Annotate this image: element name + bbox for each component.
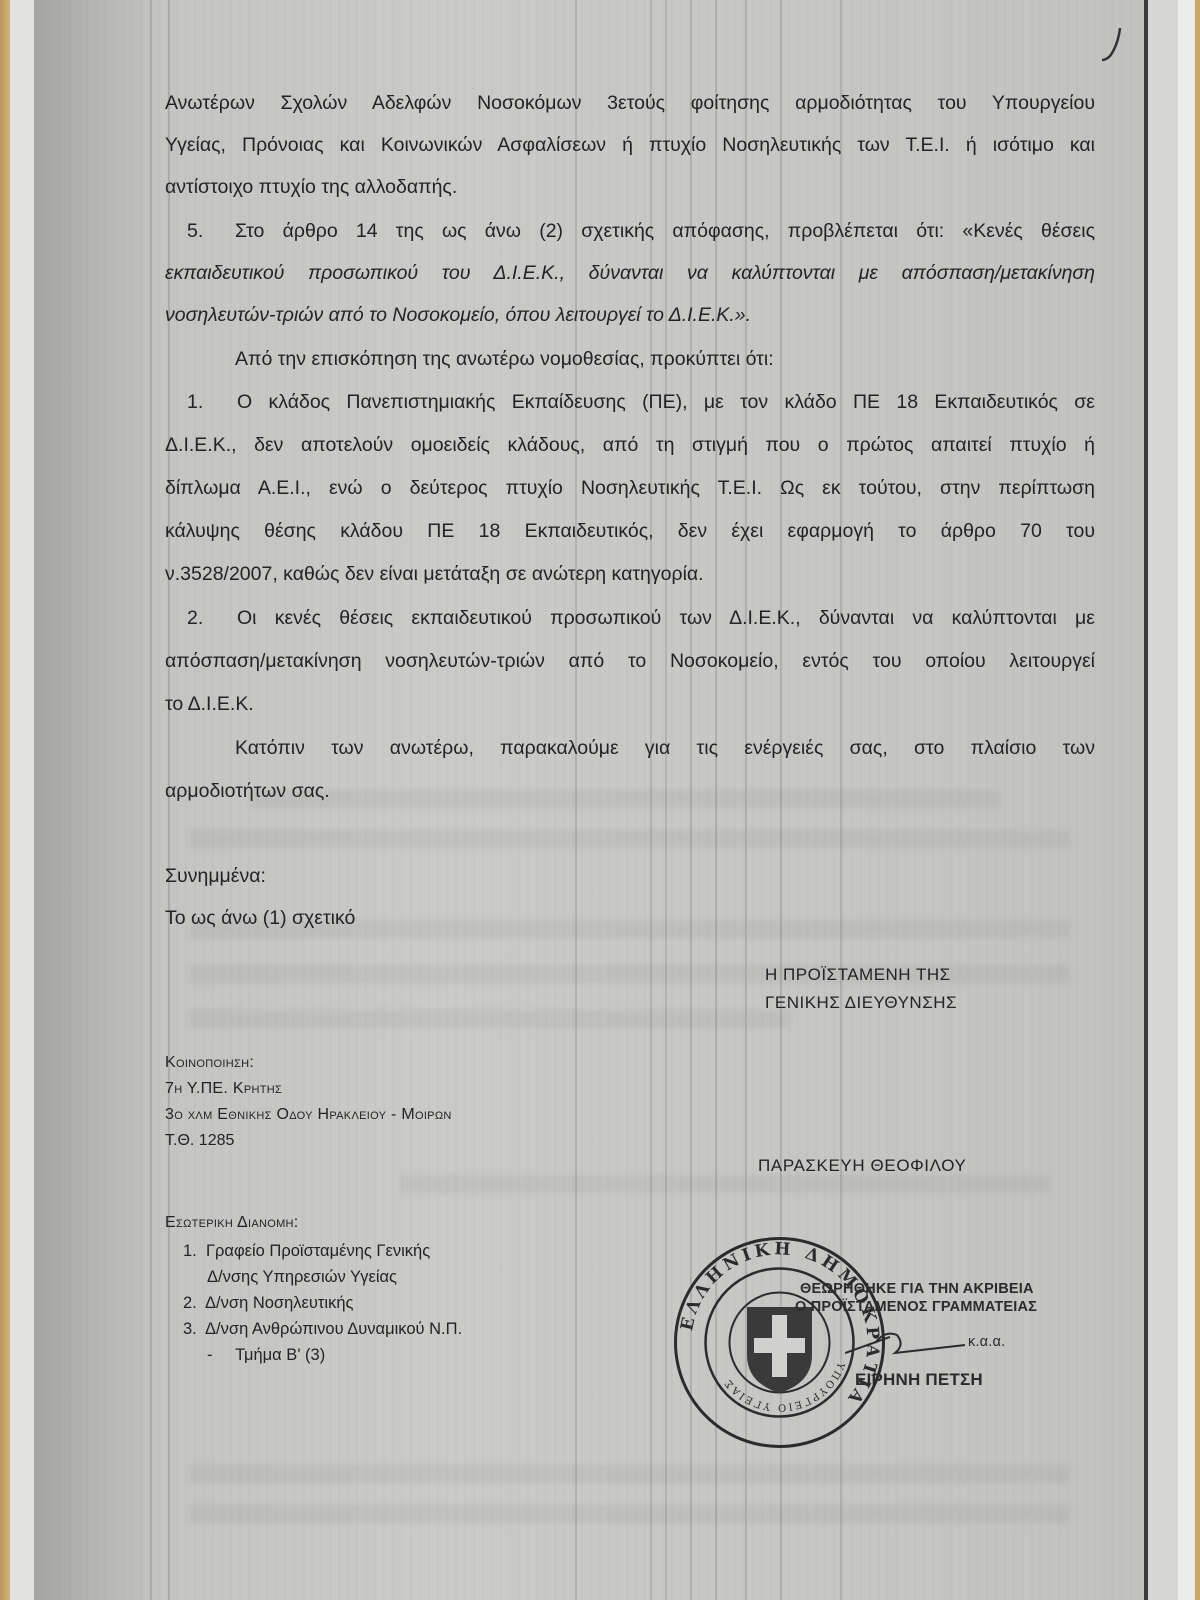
text-line: ν.3528/2007, καθώς δεν είναι μετάταξη σε… [165, 553, 704, 595]
item-text: Στο άρθρο 14 της ως άνω (2) σχετικής από… [235, 220, 1095, 242]
item-text: Ο κλάδος Πανεπιστημιακής Εκπαίδευσης (ΠΕ… [237, 391, 1095, 413]
notification-line: 3ο χλμ Εθνικησ Οδου Ηρακλειου - Μοιρων [165, 1102, 452, 1128]
bleed-through [190, 1010, 790, 1028]
bleed-through [190, 1505, 1070, 1523]
right-margin [1148, 0, 1178, 1600]
bleed-through [190, 830, 1070, 848]
text-line: νοσηλευτών-τριών από το Νοσοκομείο, όπου… [165, 294, 751, 336]
distribution-label: Εσωτερικη Διανομη: [165, 1210, 299, 1236]
text-line: Ανωτέρων Σχολών Αδελφών Νοσοκόμων 3ετούς… [165, 82, 1095, 124]
text-line: Δ.Ι.Ε.Κ., δεν αποτελούν ομοειδείς κλάδου… [165, 424, 1095, 466]
item-5: 5.Στο άρθρο 14 της ως άνω (2) σχετικής α… [165, 210, 1095, 252]
text-line: κάλυψης θέσης κλάδου ΠΕ 18 Εκπαιδευτικός… [165, 510, 1095, 552]
distribution-item: 3. Δ/νση Ανθρώπινου Δυναμικού Ν.Π. [183, 1316, 462, 1342]
distribution-item: 2. Δ/νση Νοσηλευτικής [183, 1290, 353, 1316]
signatory-title: Η ΠΡΟΪΣΤΑΜΕΝΗ ΤΗΣ [765, 962, 951, 988]
closing-line: αρμοδιοτήτων σας. [165, 770, 330, 812]
handwritten-signature [845, 1325, 985, 1365]
attachments-label: Συνημμένα: [165, 855, 266, 897]
signatory-name: ΠΑΡΑΣΚΕΥΗ ΘΕΟΦΙΛΟΥ [758, 1153, 966, 1179]
item-number: 5. [165, 210, 235, 252]
bullet: - [207, 1346, 213, 1364]
attachment-item: Το ως άνω (1) σχετικό [165, 897, 355, 939]
item-number: 2. [165, 597, 237, 639]
text-line: το Δ.Ι.Ε.Κ. [165, 683, 254, 725]
review-intro: Από την επισκόπηση της ανωτέρω νομοθεσία… [235, 338, 774, 380]
distribution-item: 1. Γραφείο Προϊσταμένης Γενικής [183, 1238, 430, 1264]
item-number: 3. [183, 1320, 197, 1338]
signatory-title: ΓΕΝΙΚΗΣ ΔΙΕΥΘΥΝΣΗΣ [765, 990, 957, 1016]
text-line: Υγείας, Πρόνοιας και Κοινωνικών Ασφαλίσε… [165, 124, 1095, 166]
item-text: Δ/νση Νοσηλευτικής [205, 1294, 353, 1312]
certifier-name: ΕΙΡΗΝΗ ΠΕΤΣΗ [855, 1370, 983, 1390]
text-line: αντίστοιχο πτυχίο της αλλοδαπής. [165, 166, 457, 208]
subitem-text: Τμήμα Β' (3) [235, 1346, 325, 1364]
notification-line: 7η Υ.ΠΕ. Κρητησ [165, 1076, 282, 1102]
copier-shadow-band [34, 0, 154, 1600]
text-line: Δ/νσης Υπηρεσιών Υγείας [207, 1264, 397, 1290]
item-number: 2. [183, 1294, 197, 1312]
copier-streak [150, 0, 152, 1600]
item-text: Οι κενές θέσεις εκπαιδευτικού προσωπικού… [237, 607, 1095, 629]
item-text: Δ/νση Ανθρώπινου Δυναμικού Ν.Π. [205, 1320, 462, 1338]
text-line: απόσπαση/μετακίνηση νοσηλευτών-τριών από… [165, 640, 1095, 682]
bleed-through [250, 790, 1000, 808]
bleed-through [190, 1465, 1070, 1483]
distribution-subitem: - Τμήμα Β' (3) [207, 1342, 325, 1368]
pen-mark [1090, 10, 1130, 70]
text-line: εκπαιδευτικού προσωπικού του Δ.Ι.Ε.Κ., δ… [165, 252, 1095, 294]
item-number: 1. [165, 381, 237, 423]
item-number: 1. [183, 1242, 197, 1260]
item-text: Γραφείο Προϊσταμένης Γενικής [206, 1242, 430, 1260]
conclusion-2: 2.Οι κενές θέσεις εκπαιδευτικού προσωπικ… [165, 597, 1095, 639]
certification-line: ΘΕΩΡΗΘΗΚΕ ΓΙΑ ΤΗΝ ΑΚΡΙΒΕΙΑ [800, 1281, 1034, 1297]
paper-edge-right [1178, 0, 1194, 1600]
certification-line: Ο ΠΡΟΪΣΤΑΜΕΝΟΣ ΓΡΑΜΜΑΤΕΙΑΣ [795, 1299, 1037, 1315]
notification-line: Τ.Θ. 1285 [165, 1128, 234, 1154]
conclusion-1: 1.Ο κλάδος Πανεπιστημιακής Εκπαίδευσης (… [165, 381, 1095, 423]
closing-line: Κατόπιν των ανωτέρω, παρακαλούμε για τις… [235, 727, 1095, 769]
notification-label: Κοινοποιηση: [165, 1050, 254, 1076]
paper-edge [10, 0, 34, 1600]
text-line: δίπλωμα Α.Ε.Ι., ενώ ο δεύτερος πτυχίο Νο… [165, 467, 1095, 509]
